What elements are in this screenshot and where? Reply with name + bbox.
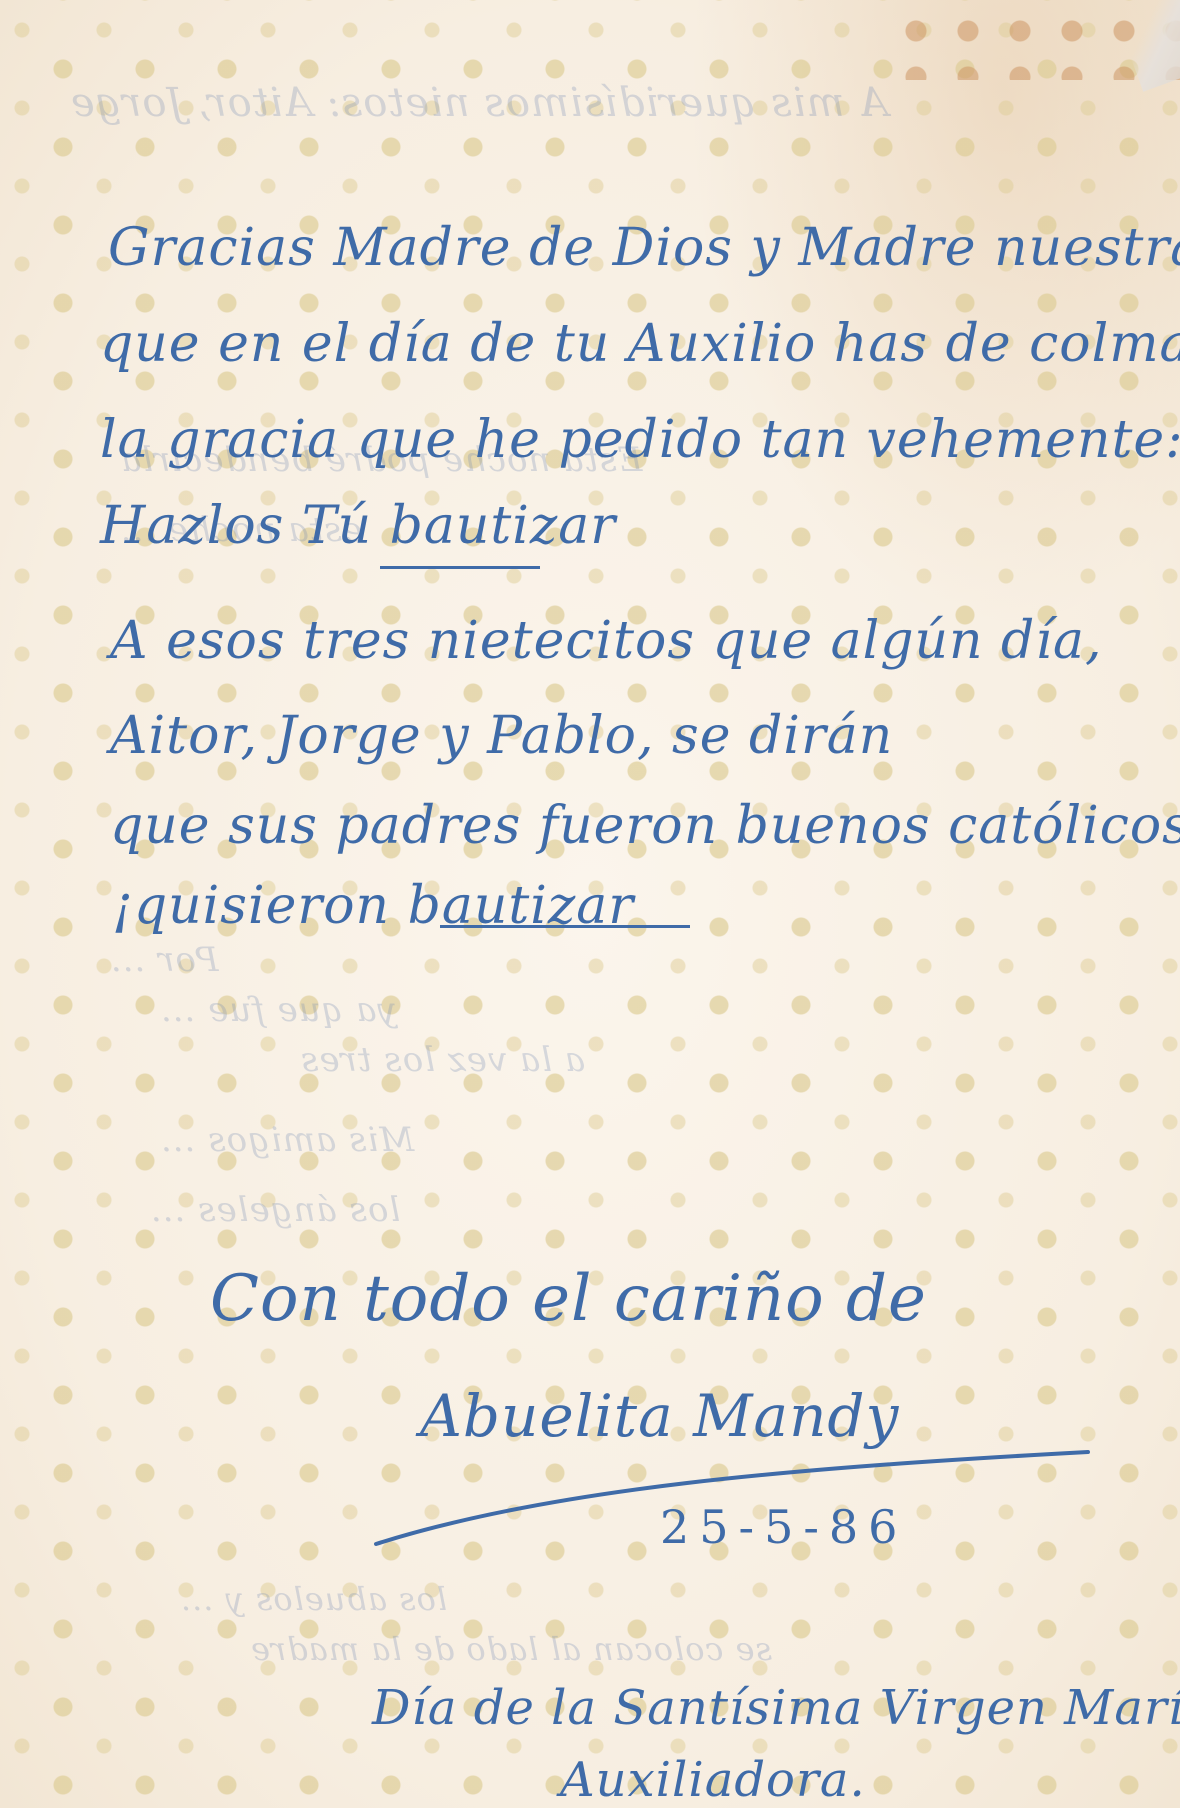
signature: Abuelita Mandy — [420, 1382, 899, 1450]
bleed-through-line: los ángeles ... — [150, 1190, 400, 1230]
bleed-through-line: Mis amigos ... — [160, 1120, 414, 1160]
underline-bautizar — [380, 566, 540, 569]
letter-line: Gracias Madre de Dios y Madre nuestra — [108, 222, 1180, 274]
footer-line-2: Auxiliadora. — [560, 1752, 866, 1808]
closing-phrase: Con todo el cariño de — [210, 1262, 927, 1336]
underline-bautizar — [440, 925, 690, 928]
bleed-through-line: los abuelos y ... — [180, 1580, 447, 1618]
letter-line: que en el día de tu Auxilio has de colma… — [100, 318, 1180, 370]
bleed-through-line: ya que fue ... — [160, 990, 397, 1030]
letter-line-text: Hazlos Tú bautizar — [100, 496, 616, 556]
footer-line-1: Día de la Santísima Virgen María — [372, 1680, 1180, 1736]
bleed-through-line: a la vez los tres — [300, 1040, 585, 1080]
letter-line: A esos tres nietecitos que algún día, — [110, 615, 1103, 667]
letter-line: la gracia que he pedido tan vehemente: — [100, 414, 1180, 466]
letter-date: 25-5-86 — [660, 1500, 907, 1554]
letter-line: que sus padres fueron buenos católicos — [110, 800, 1180, 852]
letter-line: Aitor, Jorge y Pablo, se dirán — [110, 710, 893, 762]
letter-line: Hazlos Tú bautizar — [100, 500, 616, 552]
bleed-through-line: se colocan al lado de la madre — [250, 1630, 772, 1668]
bleed-through-line: A mis queridísimos nietos: Aitor, Jorge — [70, 80, 888, 126]
letter-page: A mis queridísimos nietos: Aitor, Jorge … — [0, 0, 1180, 1808]
bleed-through-line: Por ... — [110, 940, 218, 980]
